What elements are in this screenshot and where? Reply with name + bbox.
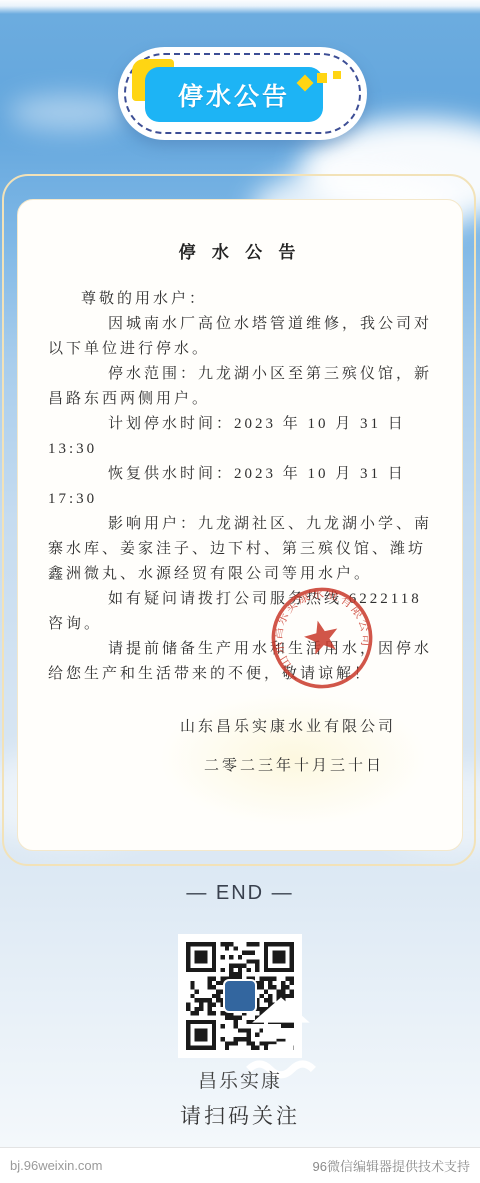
cloud	[8, 95, 128, 131]
notice-document: 停 水 公 告 尊敬的用水户： 因城南水厂高位水塔管道维修，我公司对以下单位进行…	[17, 199, 463, 851]
notice-paragraph: 因城南水厂高位水塔管道维修，我公司对以下单位进行停水。	[48, 312, 432, 362]
notice-paragraph: 停水范围：九龙湖小区至第三殡仪馆，新昌路东西两侧用户。	[48, 362, 432, 412]
footer-site-link[interactable]: bj.96weixin.com	[10, 1158, 103, 1173]
footer-bar: bj.96weixin.com 96微信编辑器提供技术支持	[0, 1147, 480, 1183]
notice-paragraph: 计划停水时间：2023 年 10 月 31 日 13:30	[48, 412, 432, 462]
square-accent	[317, 73, 327, 83]
notice-paragraph: 影响用户：九龙湖社区、九龙湖小学、南寨水库、姜家洼子、边下村、第三殡仪馆、潍坊鑫…	[48, 512, 432, 587]
company-signature: 山东昌乐实康水业有限公司	[48, 715, 396, 740]
badge-title-box: 停水公告	[145, 67, 323, 122]
notice-date: 二零二三年十月三十日	[48, 754, 384, 779]
end-divider: — END —	[0, 882, 480, 905]
square-accent	[333, 71, 341, 79]
notice-paragraph: 恢复供水时间：2023 年 10 月 31 日 17:30	[48, 462, 432, 512]
notice-title: 停 水 公 告	[48, 238, 432, 263]
notice-salutation: 尊敬的用水户：	[48, 287, 432, 312]
page-title: 停水公告	[178, 77, 290, 113]
follow-caption: 请扫码关注	[0, 1100, 480, 1130]
qr-center-logo	[223, 979, 257, 1013]
account-name: 昌乐实康	[0, 1066, 480, 1093]
seal-star	[301, 616, 342, 656]
footer-credit-text: 96微信编辑器提供技术支持	[313, 1156, 470, 1175]
article-page: 停水公告 停 水 公 告 尊敬的用水户： 因城南水厂高位水塔管道维修，我公司对以…	[0, 0, 480, 1183]
qr-code[interactable]	[178, 934, 302, 1058]
